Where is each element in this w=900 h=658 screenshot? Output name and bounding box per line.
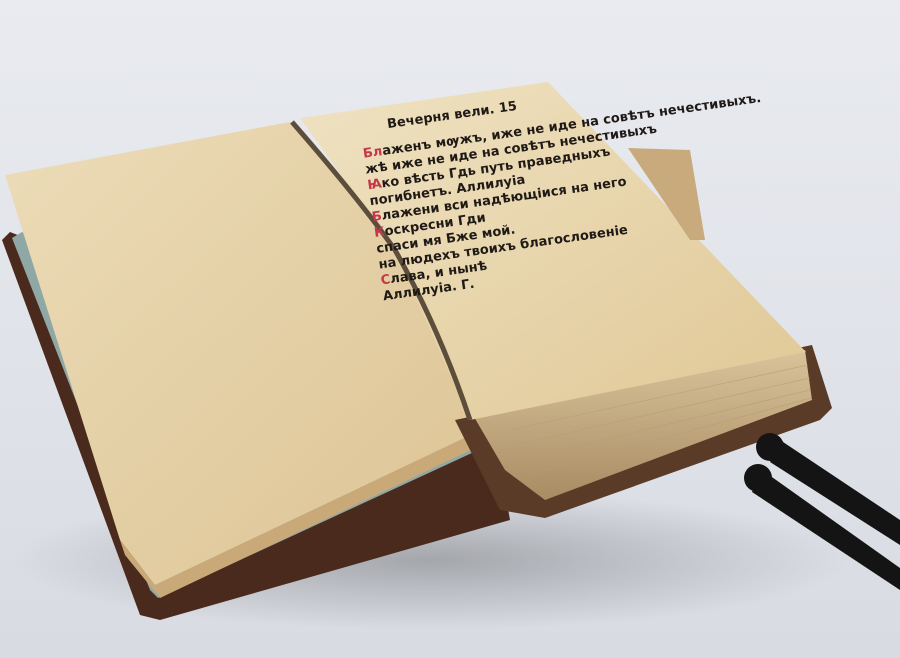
book-photo: Вечерня вели. 15 Блаженъ мѹжъ, иже не ид… [0,0,900,658]
